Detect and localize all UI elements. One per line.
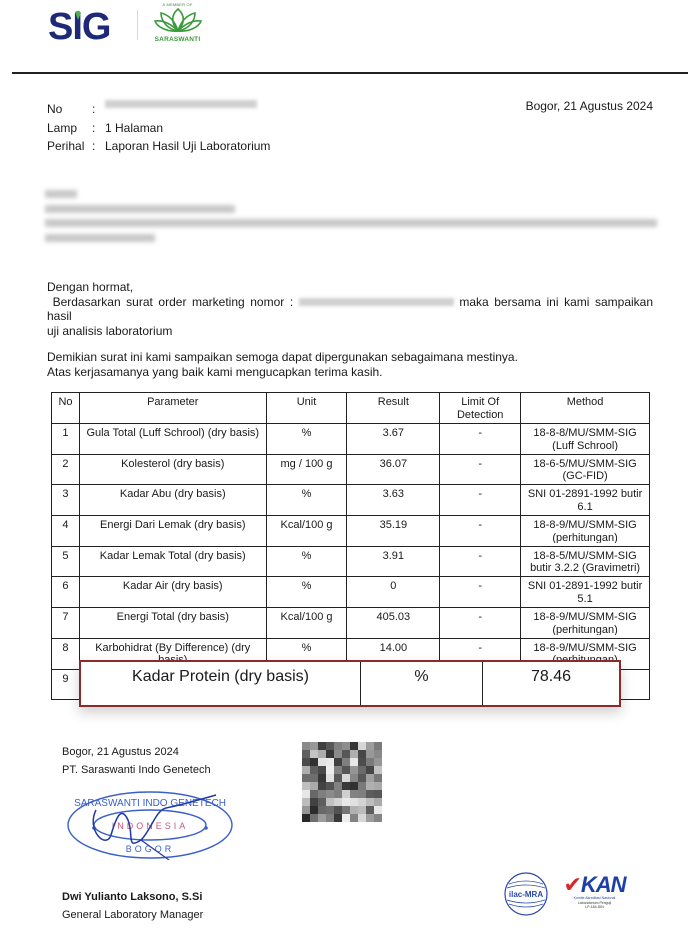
redacted-letter-number (105, 100, 257, 108)
intro-paragraph-line2: uji analisis laboratorium (47, 324, 653, 339)
header-no: No (52, 393, 80, 424)
cell-method: 18-8-9/MU/SMM-SIG (perhitungan) (521, 608, 650, 639)
sign-company: PT. Saraswanti Indo Genetech (62, 761, 211, 779)
header-method: Method (521, 393, 650, 424)
logo-divider (137, 10, 138, 40)
header-unit: Unit (266, 393, 347, 424)
letter-date: Bogor, 21 Agustus 2024 (526, 99, 653, 113)
greeting: Dengan hormat, (47, 280, 653, 295)
closing-line-1: Demikian surat ini kami sampaikan semoga… (47, 350, 653, 365)
cell-no: 4 (52, 516, 80, 547)
lamp-value: 1 Halaman (105, 119, 163, 138)
cell-unit: % (266, 577, 347, 608)
letter-body: Dengan hormat, Berdasarkan surat order m… (47, 280, 653, 379)
saraswanti-text: SARASWANTI (150, 36, 205, 43)
kan-logo: ✔KAN Komite Akreditasi Nasional Laborato… (557, 874, 632, 914)
highlight-result: 78.46 (483, 662, 619, 705)
svg-text:ilac-MRA: ilac-MRA (509, 890, 543, 899)
highlight-parameter: Kadar Protein (dry basis) (81, 662, 361, 705)
signature-header: Bogor, 21 Agustus 2024 PT. Saraswanti In… (62, 743, 211, 779)
letter-meta: No : Lamp : 1 Halaman Perihal : Laporan … (47, 100, 270, 156)
cell-no: 8 (52, 638, 80, 669)
header-rule (12, 72, 688, 74)
kan-check-icon: ✔ (563, 872, 580, 897)
redacted-recipient-address (45, 190, 657, 248)
intro-paragraph: Berdasarkan surat order marketing nomor … (47, 295, 653, 324)
qr-code-redacted (302, 742, 382, 822)
cell-parameter: Kadar Air (dry basis) (79, 577, 266, 608)
cell-parameter: Energi Dari Lemak (dry basis) (79, 516, 266, 547)
highlight-unit: % (361, 662, 483, 705)
cell-no: 2 (52, 454, 80, 485)
cell-no: 6 (52, 577, 80, 608)
highlighted-row-magnifier: Kadar Protein (dry basis) % 78.46 (79, 660, 621, 707)
company-stamp-icon: SARASWANTI INDO GENETECH INDONESIA BOGOR (66, 790, 234, 860)
cell-method: 18-8-5/MU/SMM-SIG butir 3.2.2 (Gravimetr… (521, 546, 650, 577)
cell-result: 3.63 (347, 485, 440, 516)
cell-unit: Kcal/100 g (266, 608, 347, 639)
leaf-icon (153, 7, 203, 33)
no-label: No (47, 100, 92, 119)
cell-method: SNI 01-2891-1992 butir 5.1 (521, 577, 650, 608)
perihal-value: Laporan Hasil Uji Laboratorium (105, 137, 270, 156)
cell-unit: Kcal/100 g (266, 516, 347, 547)
sign-place-date: Bogor, 21 Agustus 2024 (62, 743, 211, 761)
cell-result: 36.07 (347, 454, 440, 485)
saraswanti-logo: A MEMBER OF SARASWANTI (150, 2, 205, 46)
cell-no: 1 (52, 424, 80, 455)
cell-no: 7 (52, 608, 80, 639)
header-result: Result (347, 393, 440, 424)
cell-result: 405.03 (347, 608, 440, 639)
colon: : (92, 100, 105, 119)
cell-lod: - (440, 454, 521, 485)
cell-method: SNI 01-2891-1992 butir 6.1 (521, 485, 650, 516)
colon: : (92, 119, 105, 138)
header-limit-of-detection: Limit Of Detection (440, 393, 521, 424)
meta-lamp: Lamp : 1 Halaman (47, 119, 270, 138)
cell-method: 18-8-9/MU/SMM-SIG (perhitungan) (521, 516, 650, 547)
svg-text:BOGOR: BOGOR (126, 844, 175, 854)
meta-perihal: Perihal : Laporan Hasil Uji Laboratorium (47, 137, 270, 156)
cell-no: 3 (52, 485, 80, 516)
ilac-mra-logo: ilac-MRA (504, 872, 548, 916)
cell-lod: - (440, 608, 521, 639)
cell-unit: mg / 100 g (266, 454, 347, 485)
colon: : (92, 137, 105, 156)
signer-name: Dwi Yulianto Laksono, S.Si (62, 888, 203, 906)
signer-block: Dwi Yulianto Laksono, S.Si General Labor… (62, 888, 203, 924)
cell-unit: % (266, 485, 347, 516)
cell-method: 18-8-8/MU/SMM-SIG (Luff Schrool) (521, 424, 650, 455)
table-row: 6Kadar Air (dry basis)%0-SNI 01-2891-199… (52, 577, 650, 608)
table-row: 5Kadar Lemak Total (dry basis)%3.91-18-8… (52, 546, 650, 577)
cell-lod: - (440, 546, 521, 577)
table-header-row: No Parameter Unit Result Limit Of Detect… (52, 393, 650, 424)
cell-lod: - (440, 485, 521, 516)
closing-line-2: Atas kerjasamanya yang baik kami menguca… (47, 365, 653, 380)
table-row: 1Gula Total (Luff Schrool) (dry basis)%3… (52, 424, 650, 455)
sig-logo: SIG (48, 6, 124, 46)
cell-no: 9 (52, 669, 80, 700)
cell-parameter: Kadar Lemak Total (dry basis) (79, 546, 266, 577)
cell-lod: - (440, 516, 521, 547)
cell-lod: - (440, 577, 521, 608)
cell-method: 18-6-5/MU/SMM-SIG (GC-FID) (521, 454, 650, 485)
cell-unit: % (266, 424, 347, 455)
lamp-label: Lamp (47, 119, 92, 138)
cell-no: 5 (52, 546, 80, 577)
cell-result: 35.19 (347, 516, 440, 547)
cell-result: 0 (347, 577, 440, 608)
meta-no: No : (47, 100, 270, 119)
cell-parameter: Gula Total (Luff Schrool) (dry basis) (79, 424, 266, 455)
cell-lod: - (440, 424, 521, 455)
table-row: 3Kadar Abu (dry basis)%3.63-SNI 01-2891-… (52, 485, 650, 516)
cell-result: 3.67 (347, 424, 440, 455)
cell-parameter: Kadar Abu (dry basis) (79, 485, 266, 516)
cell-parameter: Energi Total (dry basis) (79, 608, 266, 639)
results-table: No Parameter Unit Result Limit Of Detect… (51, 392, 650, 700)
signer-title: General Laboratory Manager (62, 906, 203, 924)
redacted-order-number (299, 298, 454, 306)
cell-result: 3.91 (347, 546, 440, 577)
perihal-label: Perihal (47, 137, 92, 156)
svg-text:SARASWANTI INDO GENETECH: SARASWANTI INDO GENETECH (74, 798, 226, 809)
cell-parameter: Kolesterol (dry basis) (79, 454, 266, 485)
table-row: 4Energi Dari Lemak (dry basis)Kcal/100 g… (52, 516, 650, 547)
cell-unit: % (266, 546, 347, 577)
table-row: 7Energi Total (dry basis)Kcal/100 g405.0… (52, 608, 650, 639)
header-parameter: Parameter (79, 393, 266, 424)
table-row: 2Kolesterol (dry basis)mg / 100 g36.07-1… (52, 454, 650, 485)
